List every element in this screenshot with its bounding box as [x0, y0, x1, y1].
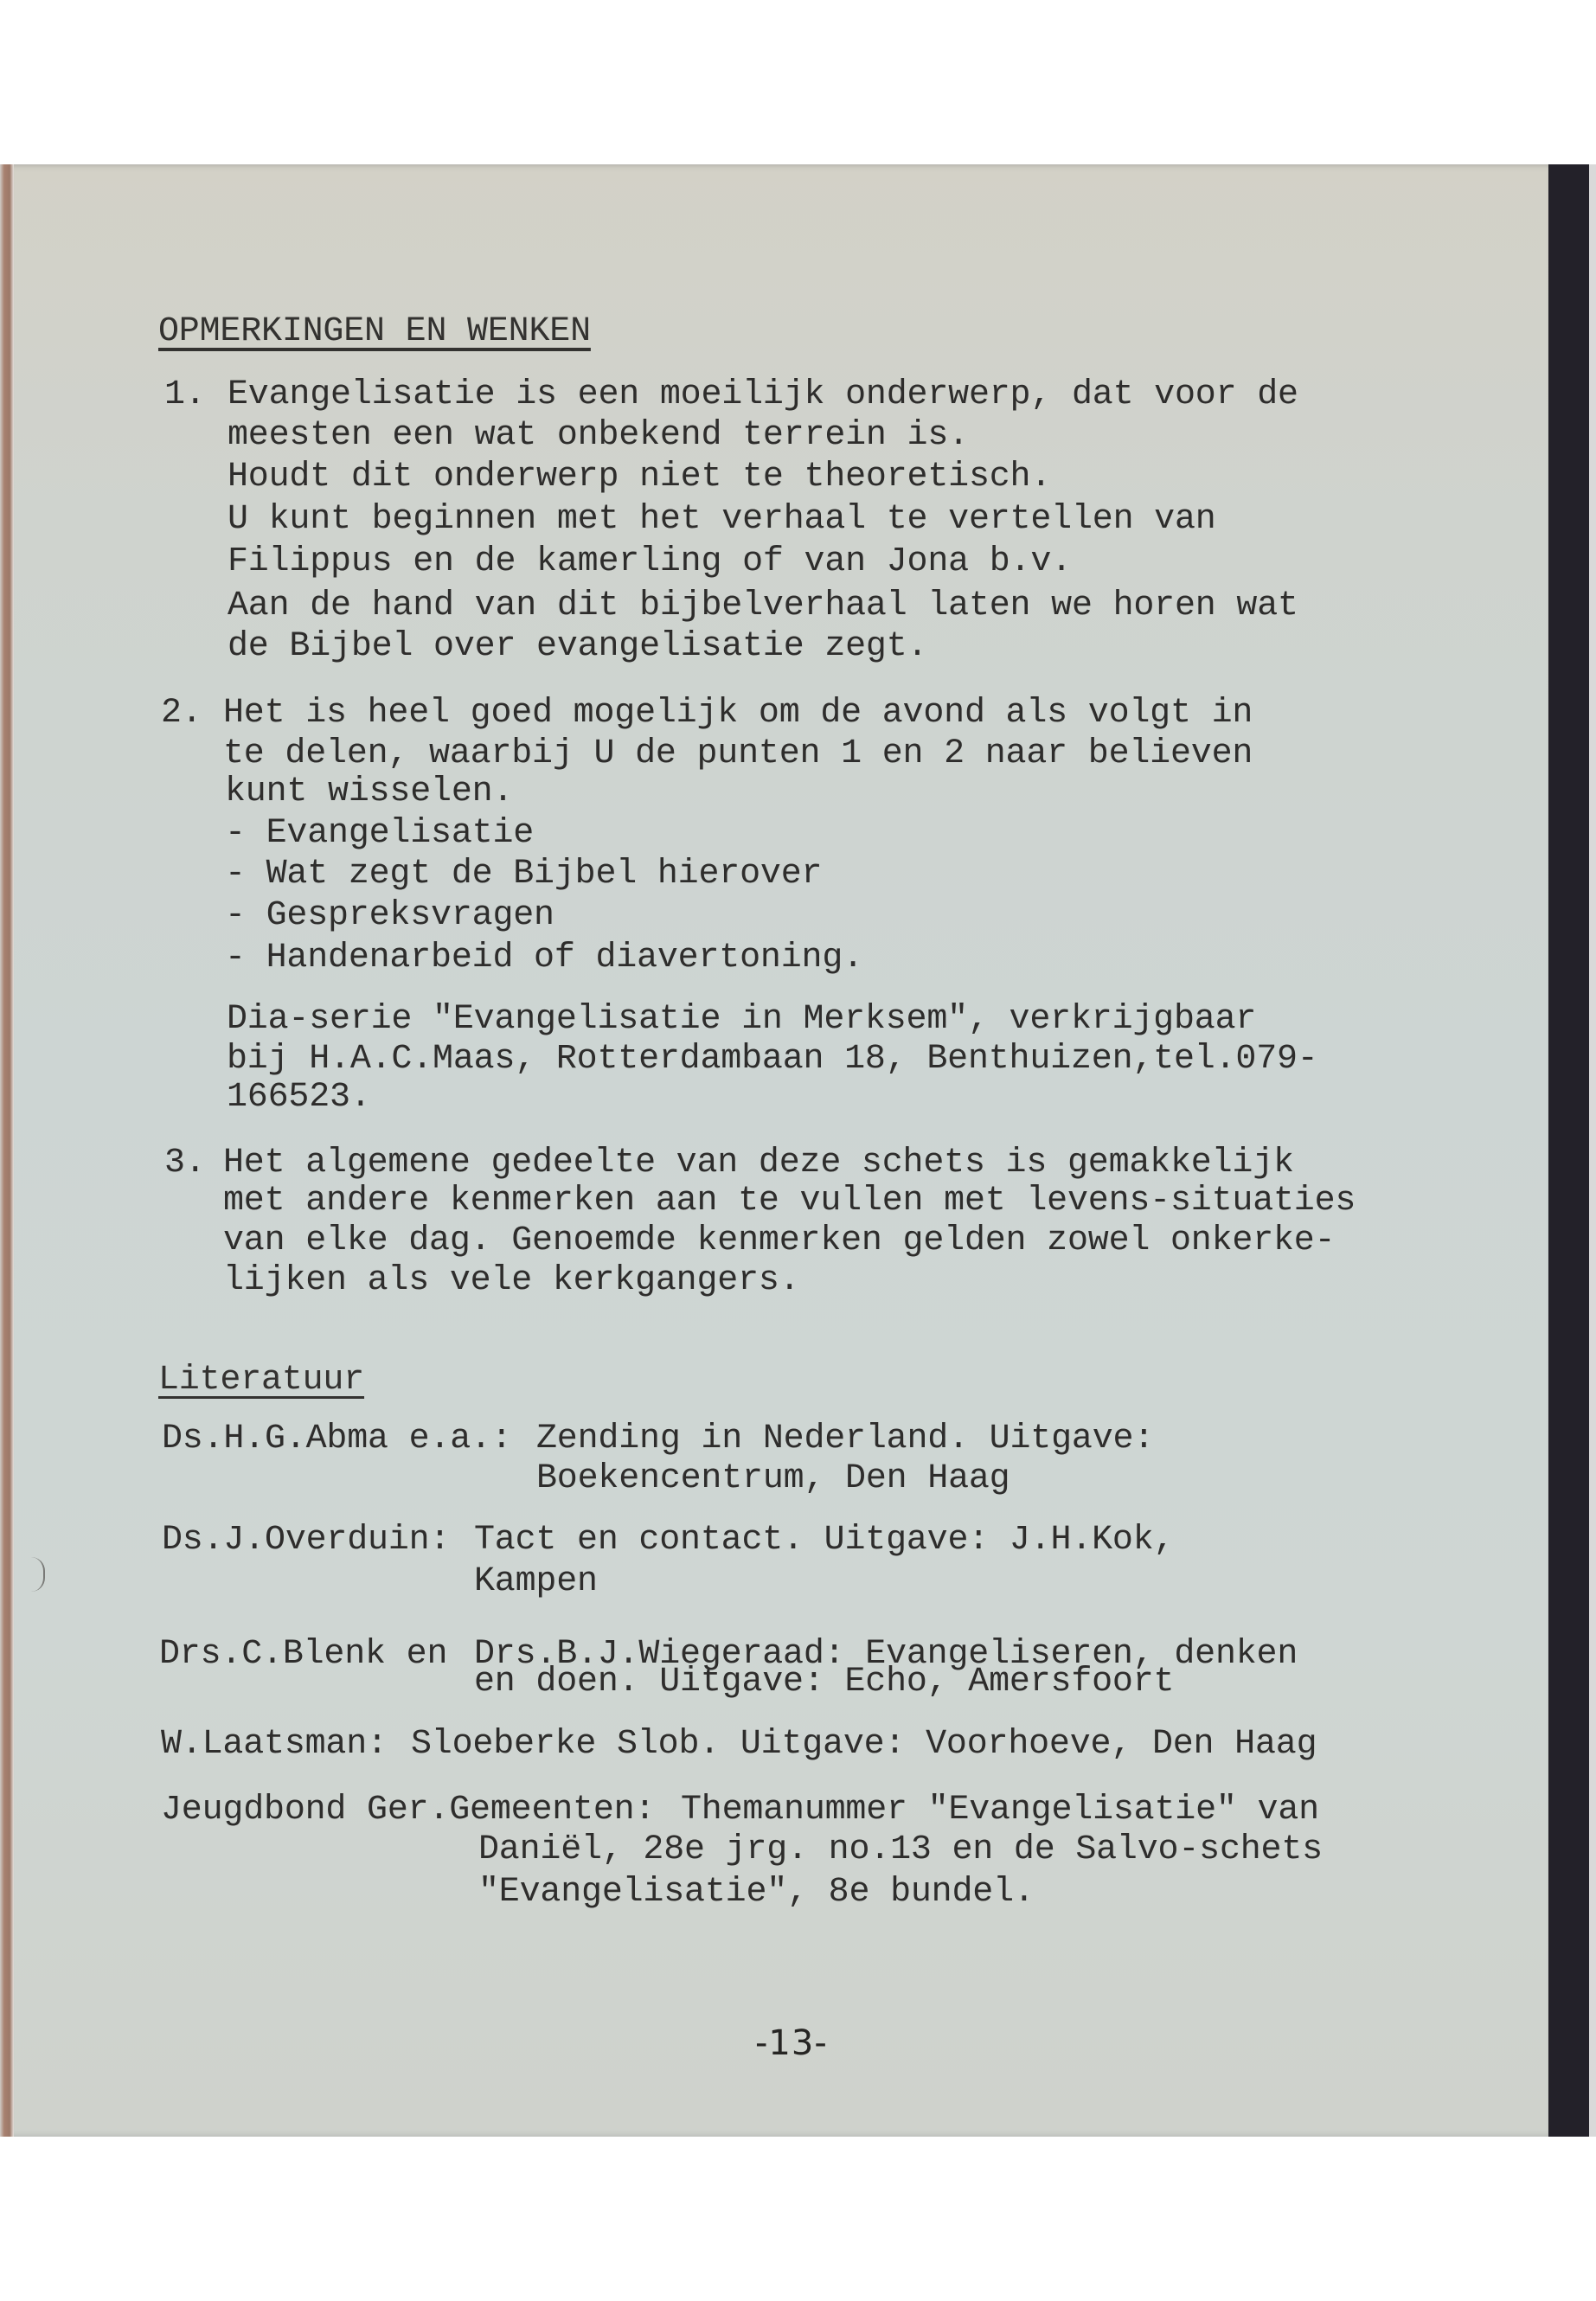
item-1-line: de Bijbel over evangelisatie zegt. [228, 626, 927, 668]
literature-entry: "Evangelisatie", 8e bundel. [478, 1872, 1035, 1913]
literature-entry: Tact en contact. Uitgave: J.H.Kok, [474, 1520, 1174, 1561]
page-number: -13- [755, 2022, 828, 2064]
literature-entry: Sloeberke Slob. Uitgave: Voorhoeve, Den … [411, 1724, 1317, 1766]
item-2-line: Het is heel goed mogelijk om de avond al… [223, 693, 1253, 734]
literature-entry: Themanummer "Evangelisatie" van [681, 1790, 1319, 1831]
item-1-line: U kunt beginnen met het verhaal te verte… [228, 499, 1216, 541]
literature-entry: en doen. Uitgave: Echo, Amersfoort [474, 1662, 1174, 1703]
agenda-list-item: - Evangelisatie [225, 813, 534, 855]
slide-series-note: Dia-serie "Evangelisatie in Merksem", ve… [227, 999, 1256, 1041]
item-2-line: te delen, waarbij U de punten 1 en 2 naa… [223, 734, 1253, 775]
item-3-line: met andere kenmerken aan te vullen met l… [223, 1181, 1356, 1222]
literature-author: Drs.C.Blenk en [159, 1634, 447, 1676]
slide-series-note: bij H.A.C.Maas, Rotterdambaan 18, Benthu… [227, 1039, 1318, 1080]
item-2-line: kunt wisselen. [225, 772, 513, 813]
literature-author: W.Laatsman: [161, 1724, 388, 1766]
literature-author: Jeugdbond Ger.Gemeenten: [161, 1790, 655, 1831]
section-heading: OPMERKINGEN EN WENKEN [158, 311, 591, 353]
literature-entry: Boekencentrum, Den Haag [536, 1458, 1010, 1500]
item-1-line: Aan de hand van dit bijbelverhaal laten … [228, 586, 1298, 627]
item-number: 1. [164, 375, 206, 416]
item-3-line: lijken als vele kerkgangers. [223, 1260, 800, 1302]
item-number: 2. [161, 693, 202, 734]
literature-entry: Daniël, 28e jrg. no.13 en de Salvo-schet… [478, 1830, 1323, 1871]
item-1-line: Filippus en de kamerling of van Jona b.v… [228, 542, 1072, 583]
literature-author: Ds.H.G.Abma e.a.: [162, 1419, 512, 1460]
slide-series-note: 166523. [227, 1077, 371, 1118]
literature-entry: Kampen [474, 1561, 598, 1603]
agenda-list-item: - Gespreksvragen [225, 895, 554, 937]
literature-heading: Literatuur [158, 1360, 364, 1401]
agenda-list-item: - Wat zegt de Bijbel hierover [225, 854, 822, 895]
literature-author: Ds.J.Overduin: [162, 1520, 450, 1561]
item-3-line: Het algemene gedeelte van deze schets is… [223, 1143, 1294, 1184]
agenda-list-item: - Handenarbeid of diavertoning. [225, 938, 863, 979]
item-number: 3. [164, 1143, 206, 1184]
item-1-line: Houdt dit onderwerp niet te theoretisch. [228, 457, 1051, 498]
left-page-edge [0, 164, 14, 2137]
right-scan-margin [1589, 164, 1596, 2137]
item-1-line: Evangelisatie is een moeilijk onderwerp,… [228, 375, 1298, 416]
binding-strip [1548, 164, 1589, 2137]
item-1-line: meesten een wat onbekend terrein is. [228, 415, 969, 457]
item-3-line: van elke dag. Genoemde kenmerken gelden … [223, 1221, 1335, 1262]
literature-entry: Zending in Nederland. Uitgave: [536, 1419, 1154, 1460]
